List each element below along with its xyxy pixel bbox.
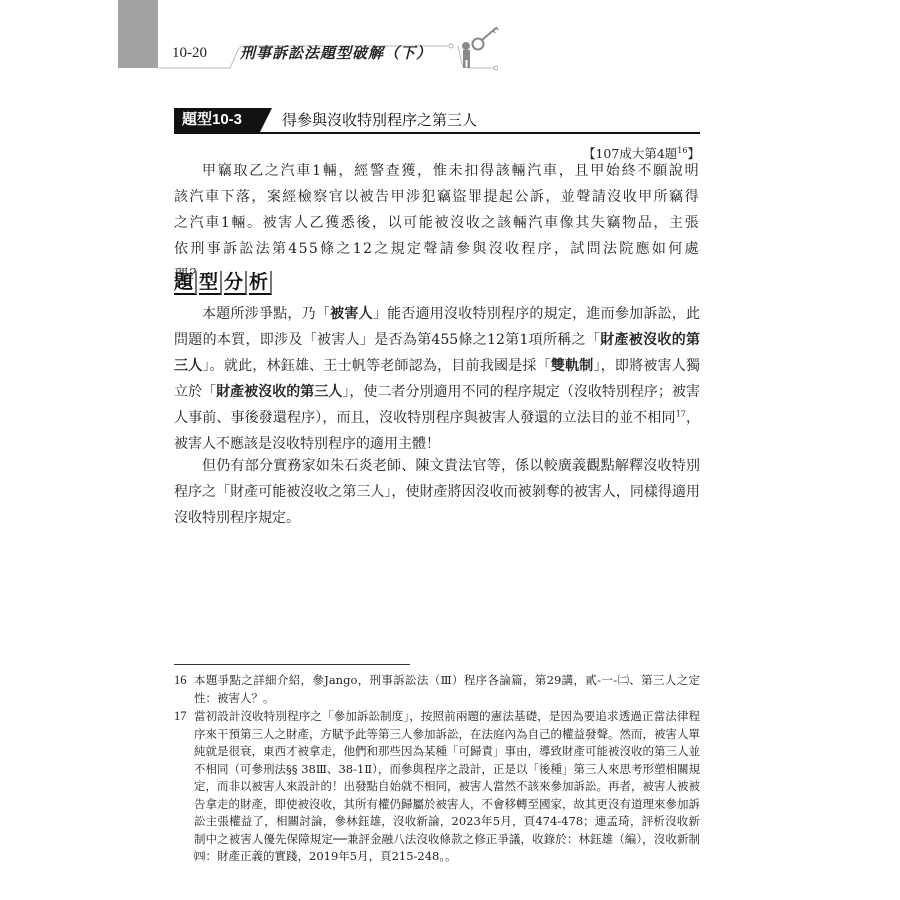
footnote-divider <box>174 664 410 665</box>
footnote-number: 17 <box>174 708 194 866</box>
book-title: 刑事訴訟法題型破解（下） <box>240 42 432 63</box>
analysis-heading-char: 析 <box>249 271 272 295</box>
analysis-heading: 題 型 分 析 <box>174 271 272 295</box>
text-run: 本題所涉爭點，乃「 <box>202 306 330 322</box>
emphasis-dual-track: 雙軌制 <box>551 358 594 374</box>
section-tag-arrow <box>260 108 272 132</box>
section-heading-bar: 題型10-3 得參與沒收特別程序之第三人 <box>174 108 700 134</box>
analysis-heading-char: 題 <box>174 271 197 295</box>
text-run: 」。就此，林鈺雄、王士帆等老師認為，目前我國是採「 <box>202 358 550 374</box>
footnote-text: 當初設計沒收特別程序之「參加訴訟制度」，按照前兩題的憲法基礎，是因為要追求透過正… <box>194 708 700 866</box>
chapter-tab-marker <box>118 0 158 68</box>
analysis-paragraph-1: 本題所涉爭點，乃「被害人」能否適用沒收特別程序的規定，進而參加訴訟，此問題的本質… <box>174 301 700 457</box>
footnote-16: 16 本題爭點之詳細介紹，參Jango，刑事訴訟法（Ⅲ）程序各論篇，第29講，貳… <box>174 672 700 707</box>
analysis-paragraph-2: 但仍有部分實務家如朱石炎老師、陳文貴法官等，係以較廣義觀點解釋沒收特別程序之「財… <box>174 453 700 531</box>
analysis-heading-char: 型 <box>199 271 222 295</box>
key-mascot-icon <box>458 22 502 72</box>
question-text: 甲竊取乙之汽車1輛，經警查獲，惟未扣得該輛汽車，且甲始終不願說明該汽車下落，案經… <box>174 158 700 288</box>
footnote-number: 16 <box>174 672 194 707</box>
section-tag: 題型10-3 <box>174 108 260 132</box>
section-title: 得參與沒收特別程序之第三人 <box>282 109 477 131</box>
footnote-ref-16[interactable]: 16 <box>677 146 687 155</box>
footnote-17: 17 當初設計沒收特別程序之「參加訴訟制度」，按照前兩題的憲法基礎，是因為要追求… <box>174 708 700 866</box>
footnote-text: 本題爭點之詳細介紹，參Jango，刑事訴訟法（Ⅲ）程序各論篇，第29講，貳-一-… <box>194 672 700 707</box>
footnote-ref-17[interactable]: 17 <box>676 409 686 418</box>
emphasis-victim: 被害人 <box>330 306 373 322</box>
page-header: 10-20 刑事訴訟法題型破解（下） <box>158 38 498 72</box>
emphasis-third-party: 財產被沒收的第三人 <box>216 384 342 400</box>
page-number: 10-20 <box>172 45 207 62</box>
analysis-heading-char: 分 <box>224 271 247 295</box>
